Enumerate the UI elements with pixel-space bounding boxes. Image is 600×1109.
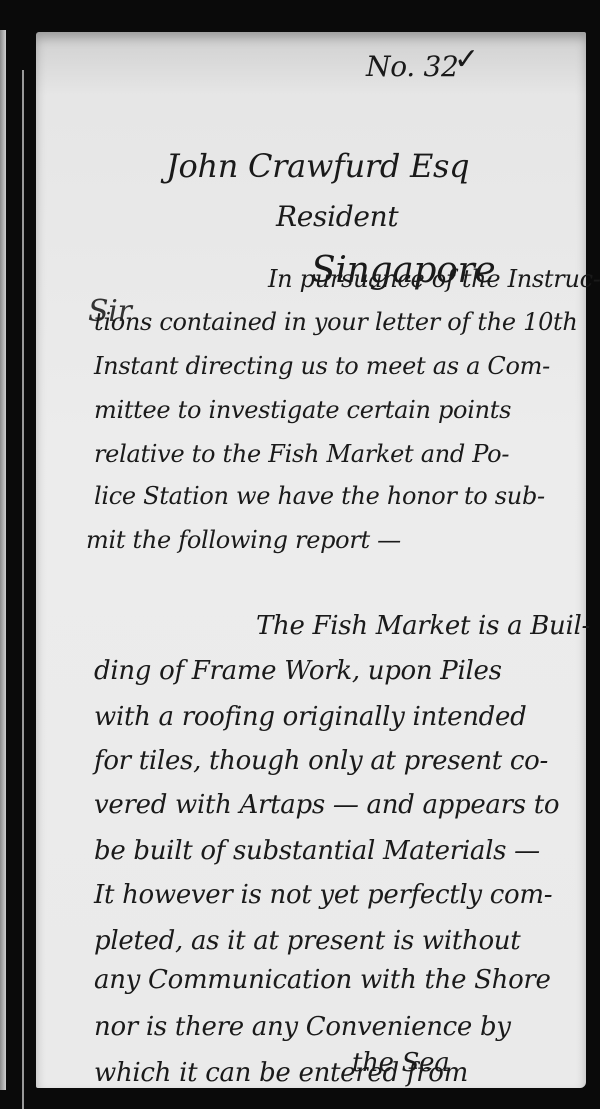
body-line: any Communication with the Shore bbox=[94, 965, 551, 995]
body-line: mittee to investigate certain points bbox=[94, 396, 511, 424]
document-number: No. 32 bbox=[366, 50, 459, 83]
body-line: ding of Frame Work, upon Piles bbox=[94, 656, 502, 686]
body-line: lice Station we have the honor to sub- bbox=[94, 482, 545, 510]
continuation-catchword: the Sea bbox=[352, 1048, 449, 1078]
check-mark-icon: ✓ bbox=[454, 42, 479, 77]
body-line: It however is not yet perfectly com- bbox=[94, 880, 552, 910]
body-line: tions contained in your letter of the 10… bbox=[94, 308, 578, 336]
body-line: pleted, as it at present is without bbox=[94, 926, 520, 956]
body-line: mit the following report — bbox=[86, 526, 401, 554]
body-line: Instant directing us to meet as a Com- bbox=[94, 352, 550, 380]
body-line: relative to the Fish Market and Po- bbox=[94, 440, 509, 468]
binding-line bbox=[22, 70, 24, 1109]
body-line: vered with Artaps — and appears to bbox=[94, 790, 559, 820]
manuscript-page: No. 32 ✓ John Crawfurd Esq Resident Sing… bbox=[36, 32, 586, 1088]
addressee-title: Resident bbox=[276, 200, 398, 233]
body-line: nor is there any Convenience by bbox=[94, 1012, 511, 1042]
body-line: The Fish Market is a Buil- bbox=[256, 611, 590, 641]
body-line: with a roofing originally intended bbox=[94, 702, 526, 732]
adjacent-page-edge bbox=[0, 30, 6, 1090]
body-line: In pursuance of the Instruc- bbox=[268, 265, 600, 293]
body-line: for tiles, though only at present co- bbox=[94, 746, 548, 776]
addressee-name: John Crawfurd Esq bbox=[166, 147, 469, 185]
body-line: be built of substantial Materials — bbox=[94, 836, 540, 866]
